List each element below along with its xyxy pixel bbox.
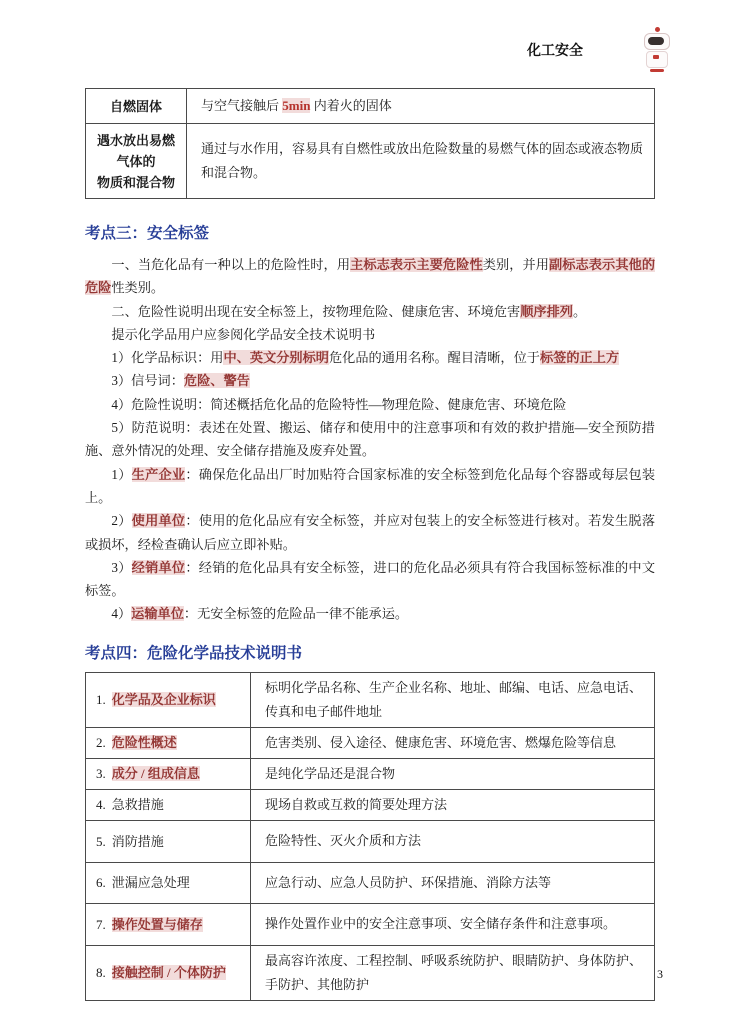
definition-cell: 标明化学品名称、生产企业名称、地址、邮编、电话、应急电话、传真和电子邮件地址 [251, 672, 655, 727]
definition-cell: 是纯化学品还是混合物 [251, 758, 655, 789]
table-row: 3.成分 / 组成信息 是纯化学品还是混合物 [86, 758, 655, 789]
definition-cell: 危险特性、灭火介质和方法 [251, 820, 655, 862]
row-number: 3. [96, 766, 106, 781]
paragraph: 一、当危化品有一种以上的危险性时，用主标志表示主要危险性类别，并用副标志表示其他… [85, 253, 655, 300]
table-row: 6.泄漏应急处理 应急行动、应急人员防护、环保措施、消除方法等 [86, 862, 655, 903]
table-row: 4.急救措施 现场自救或互救的简要处理方法 [86, 789, 655, 820]
term-cell: 6.泄漏应急处理 [86, 862, 251, 903]
term-cell: 8.接触控制 / 个体防护 [86, 945, 251, 1000]
row-number: 8. [96, 965, 106, 980]
term-label: 危险性概述 [112, 735, 177, 750]
paragraph: 3）信号词：危险、警告 [85, 369, 655, 392]
term-cell: 4.急救措施 [86, 789, 251, 820]
definition-cell: 应急行动、应急人员防护、环保措施、消除方法等 [251, 862, 655, 903]
term-label: 接触控制 / 个体防护 [112, 965, 226, 980]
term-cell: 5.消防措施 [86, 820, 251, 862]
table-row: 自燃固体 与空气接触后 5min 内着火的固体 [86, 89, 655, 124]
page-number: 3 [657, 967, 663, 982]
definition-cell: 危害类别、侵入途径、健康危害、环境危害、燃爆危险等信息 [251, 727, 655, 758]
table-row: 8.接触控制 / 个体防护 最高容许浓度、工程控制、呼吸系统防护、眼睛防护、身体… [86, 945, 655, 1000]
document-page: 化工安全 自燃固体 与空气接触后 5min 内着火的固体 遇水放出易燃 气体的 … [0, 0, 730, 1024]
paragraph: 提示化学品用户应参阅化学品安全技术说明书 [85, 323, 655, 346]
term-cell: 7.操作处置与储存 [86, 903, 251, 945]
section-heading-kaodian3: 考点三：安全标签 [85, 221, 655, 243]
paragraph: 1）化学品标识：用中、英文分别标明危化品的通用名称。醒目清晰，位于标签的正上方 [85, 346, 655, 369]
table-row: 2.危险性概述 危害类别、侵入途径、健康危害、环境危害、燃爆危险等信息 [86, 727, 655, 758]
definition-cell: 与空气接触后 5min 内着火的固体 [187, 89, 655, 124]
definition-cell: 通过与水作用，容易具有自燃性或放出危险数量的易燃气体的固态或液态物质和混合物。 [187, 124, 655, 199]
flammables-table: 自燃固体 与空气接触后 5min 内着火的固体 遇水放出易燃 气体的 物质和混合… [85, 88, 655, 199]
paragraph: 二、危险性说明出现在安全标签上，按物理危险、健康危害、环境危害顺序排列。 [85, 300, 655, 323]
row-number: 6. [96, 875, 106, 890]
term-cell: 自燃固体 [86, 89, 187, 124]
definition-cell: 操作处置作业中的安全注意事项、安全储存条件和注意事项。 [251, 903, 655, 945]
paragraph: 4）危险性说明：简述概括危化品的危险特性—物理危险、健康危害、环境危险 [85, 393, 655, 416]
row-number: 1. [96, 692, 106, 707]
mascot-antenna [655, 27, 660, 32]
paragraph: 4）运输单位：无安全标签的危险品一律不能承运。 [85, 602, 655, 625]
term-label: 消防措施 [112, 834, 164, 849]
row-number: 2. [96, 735, 106, 750]
term-label: 泄漏应急处理 [112, 875, 190, 890]
definition-cell: 现场自救或互救的简要处理方法 [251, 789, 655, 820]
paragraph: 5）防范说明：表述在处置、搬运、储存和使用中的注意事项和有效的救护措施—安全预防… [85, 416, 655, 463]
term-label: 成分 / 组成信息 [112, 766, 200, 781]
row-number: 4. [96, 797, 106, 812]
row-number: 7. [96, 917, 106, 932]
paragraph: 2）使用单位：使用的危化品应有安全标签，并应对包装上的安全标签进行核对。若发生脱… [85, 509, 655, 556]
term-label: 化学品及企业标识 [112, 692, 216, 707]
term-label: 急救措施 [112, 797, 164, 812]
table-row: 1.化学品及企业标识 标明化学品名称、生产企业名称、地址、邮编、电话、应急电话、… [86, 672, 655, 727]
definition-cell: 最高容许浓度、工程控制、呼吸系统防护、眼睛防护、身体防护、手防护、其他防护 [251, 945, 655, 1000]
page-content: 自燃固体 与空气接触后 5min 内着火的固体 遇水放出易燃 气体的 物质和混合… [85, 0, 655, 1001]
term-cell: 2.危险性概述 [86, 727, 251, 758]
term-cell: 遇水放出易燃 气体的 物质和混合物 [86, 124, 187, 199]
term-cell: 3.成分 / 组成信息 [86, 758, 251, 789]
row-number: 5. [96, 834, 106, 849]
table-row: 7.操作处置与储存 操作处置作业中的安全注意事项、安全储存条件和注意事项。 [86, 903, 655, 945]
term-cell: 1.化学品及企业标识 [86, 672, 251, 727]
paragraph: 1）生产企业：确保危化品出厂时加贴符合国家标准的安全标签到危化品每个容器或每层包… [85, 463, 655, 510]
sds-sections-table: 1.化学品及企业标识 标明化学品名称、生产企业名称、地址、邮编、电话、应急电话、… [85, 672, 655, 1001]
paragraph: 3）经销单位：经销的危化品具有安全标签，进口的危化品必须具有符合我国标签标准的中… [85, 556, 655, 603]
table-row: 遇水放出易燃 气体的 物质和混合物 通过与水作用，容易具有自燃性或放出危险数量的… [86, 124, 655, 199]
table-row: 5.消防措施 危险特性、灭火介质和方法 [86, 820, 655, 862]
term-label: 操作处置与储存 [112, 917, 203, 932]
section-heading-kaodian4: 考点四：危险化学品技术说明书 [85, 641, 655, 663]
